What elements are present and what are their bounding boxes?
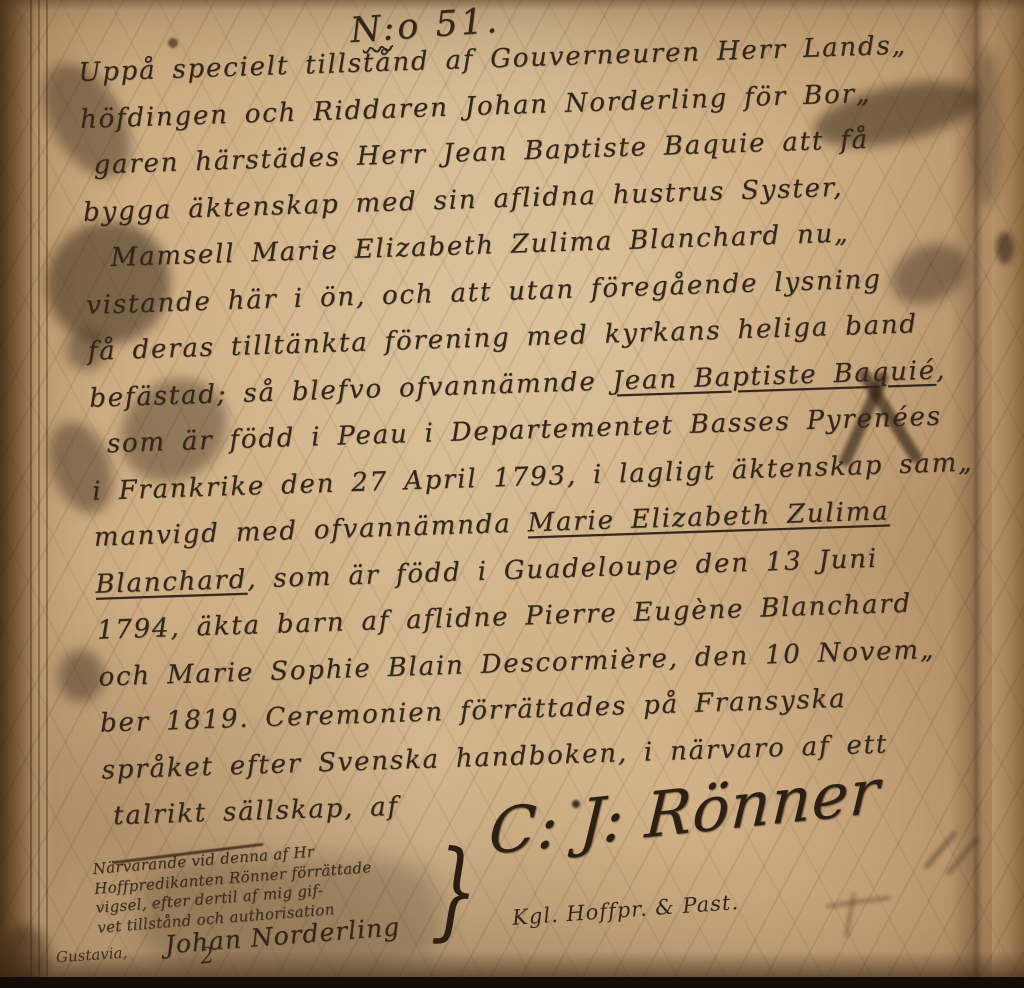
bottom-photo-edge [0,977,1024,988]
bottom-edge-shadow [0,951,1024,977]
top-edge-shadow [0,0,1024,10]
margin-note-brace: } [430,825,480,954]
page-edge-crease-lines [30,0,52,988]
book-spine-edge [0,0,30,988]
officiant-title: Kgl. Hoffpr. & Past. [511,890,739,930]
ink-stroke-mark [844,892,856,938]
margin-note: Närvarande vid denna af HrHoffpredikante… [92,834,429,960]
ink-speck [168,38,178,48]
edge-stain [996,232,1014,264]
underlined-name: Blanchard [95,564,248,599]
line-text: , [935,355,946,385]
body-text: Uppå specielt tillstånd af Gouverneuren … [78,29,988,848]
manuscript-page: N:o 51. Uppå specielt tillstånd af Gouve… [0,0,1024,988]
edge-stain [972,48,1002,208]
ink-stroke-mark [826,896,890,909]
